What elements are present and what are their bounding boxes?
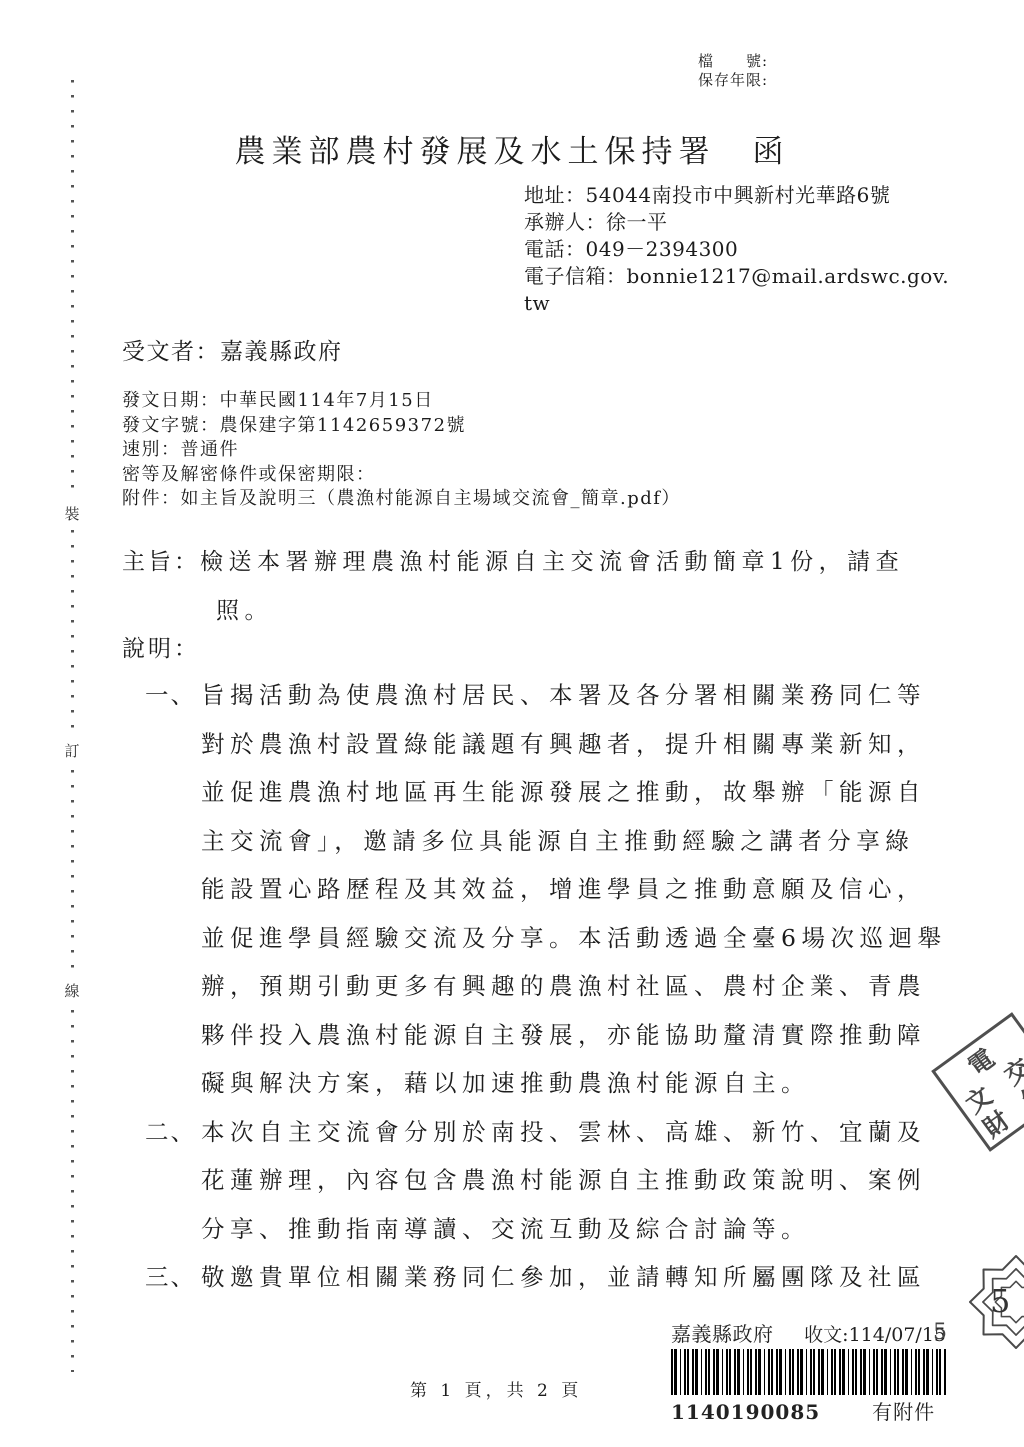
item-line: 花蓮辦理，內容包含農漁村能源自主推動政策說明、案例 xyxy=(201,1156,946,1205)
file-number-label: 檔 號: xyxy=(698,52,768,71)
barcode-number: 1140190085 xyxy=(671,1400,820,1424)
item-line: 敬邀貴單位相關業務同仁參加，並請轉知所屬團隊及社區 xyxy=(201,1253,946,1302)
item-line: 分享、推動指南導讀、交流互動及綜合討論等。 xyxy=(201,1205,946,1254)
item-line: 並促進農漁村地區再生能源發展之推動，故舉辦「能源自 xyxy=(201,768,946,817)
attachment-flag: 有附件 xyxy=(872,1396,935,1425)
subject-line: 照。 xyxy=(200,587,904,636)
subject-line: 檢送本署辦理農漁村能源自主交流會活動簡章1份，請查 xyxy=(200,538,904,587)
sender-email: 電子信箱：bonnie1217@mail.ardswc.gov. xyxy=(524,263,944,290)
subject-block: 主旨： 檢送本署辦理農漁村能源自主交流會活動簡章1份，請查 照。 xyxy=(122,538,904,635)
explanation-label: 說明： xyxy=(122,630,200,663)
sender-info-block: 地址：54044南投市中興新村光華路6號 承辦人：徐一平 電話：049－2394… xyxy=(524,182,944,317)
item-line: 對於農漁村設置綠能議題有興趣者，提升相關專業新知， xyxy=(201,720,946,769)
binding-dotted-line xyxy=(71,80,74,1372)
item-line: 辦，預期引動更多有興趣的農漁村社區、農村企業、青農 xyxy=(201,962,946,1011)
subject-label: 主旨： xyxy=(122,538,200,635)
explanation-items: 一、 旨揭活動為使農漁村居民、本署及各分署相關業務同仁等 對於農漁村設置綠能議題… xyxy=(145,671,946,1302)
explanation-item-2: 二、 本次自主交流會分別於南投、雲林、高雄、新竹、宜蘭及 花蓮辦理，內容包含農漁… xyxy=(145,1108,946,1254)
barcode xyxy=(671,1349,946,1395)
sender-address: 地址：54044南投市中興新村光華路6號 xyxy=(524,182,944,209)
document-page: 裝 訂 線 檔 號: 保存年限: 農業部農村發展及水土保持署 函 地址：5404… xyxy=(0,0,1024,1447)
item-line: 旨揭活動為使農漁村居民、本署及各分署相關業務同仁等 xyxy=(201,671,946,720)
binding-mark: 裝 xyxy=(62,498,82,529)
attachment-note-line: 附件：如主旨及說明三（農漁村能源自主場域交流會_簡章.pdf） xyxy=(122,487,681,512)
corner-page-number: 5 xyxy=(933,1320,947,1345)
document-title: 農業部農村發展及水土保持署 函 xyxy=(0,126,1024,171)
priority: 速別：普通件 xyxy=(122,438,681,463)
item-line: 能設置心路歷程及其效益，增進學員之推動意願及信心， xyxy=(201,865,946,914)
receipt-agency: 嘉義縣政府 xyxy=(671,1318,774,1347)
item-number: 三、 xyxy=(145,1253,196,1302)
item-line: 本次自主交流會分別於南投、雲林、高雄、新竹、宜蘭及 xyxy=(201,1108,946,1157)
explanation-item-1: 一、 旨揭活動為使農漁村居民、本署及各分署相關業務同仁等 對於農漁村設置綠能議題… xyxy=(145,671,946,1108)
binding-mark: 線 xyxy=(62,975,82,1006)
issue-date: 發文日期：中華民國114年7月15日 xyxy=(122,389,681,414)
security-class: 密等及解密條件或保密期限： xyxy=(122,463,681,488)
page-footer: 第 1 頁，共 2 頁 xyxy=(410,1376,582,1401)
binding-mark: 訂 xyxy=(62,735,82,766)
item-line: 夥伴投入農漁村能源自主發展，亦能協助釐清實際推動障 xyxy=(201,1011,946,1060)
item-line: 礙與解決方案，藉以加速推動農漁村能源自主。 xyxy=(201,1059,946,1108)
side-stamp-char: 電 xyxy=(960,1039,1001,1083)
receipt-date: 收文:114/07/15 xyxy=(804,1320,946,1347)
recipient: 受文者：嘉義縣政府 xyxy=(122,333,343,366)
item-number: 二、 xyxy=(145,1108,196,1157)
item-line: 並促進學員經驗交流及分享。本活動透過全臺6場次巡迴舉 xyxy=(201,914,946,963)
flower-stamp-graphic: 5 xyxy=(954,1254,1024,1354)
item-line: 主交流會」，邀請多位具能源自主推動經驗之講者分享綠 xyxy=(201,817,946,866)
explanation-item-3: 三、 敬邀貴單位相關業務同仁參加，並請轉知所屬團隊及社區 xyxy=(145,1253,946,1302)
receipt-stamp-block: 嘉義縣政府 收文:114/07/15 1140190085 有附件 xyxy=(671,1318,946,1425)
sender-phone: 電話：049－2394300 xyxy=(524,236,944,263)
document-number: 發文字號：農保建字第1142659372號 xyxy=(122,414,681,439)
sender-email-wrap: tw xyxy=(524,290,944,317)
sender-contact-person: 承辦人：徐一平 xyxy=(524,209,944,236)
item-number: 一、 xyxy=(145,671,196,720)
flower-stamp: 5 xyxy=(954,1254,1024,1358)
retention-period-label: 保存年限: xyxy=(698,71,768,90)
file-number-block: 檔 號: 保存年限: xyxy=(698,52,768,90)
flower-stamp-number: 5 xyxy=(990,1282,1010,1320)
document-meta-block: 發文日期：中華民國114年7月15日 發文字號：農保建字第1142659372號… xyxy=(122,389,681,512)
